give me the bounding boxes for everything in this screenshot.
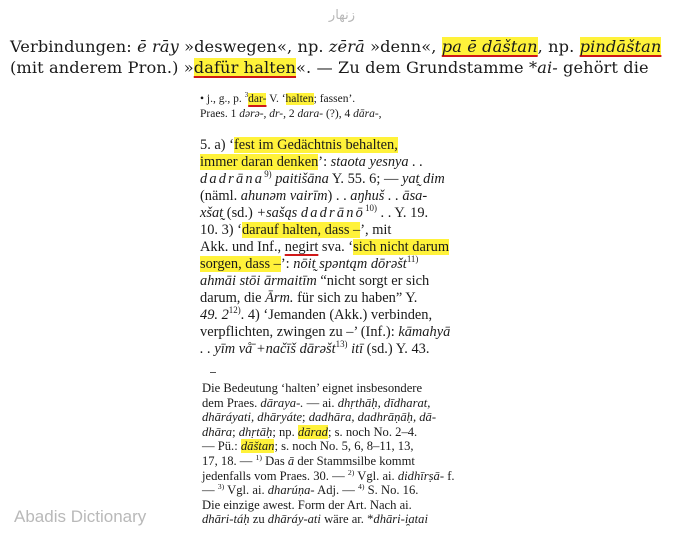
text: 10. 3) ‘ — [200, 222, 242, 238]
italic-text: 49. 2 — [200, 307, 229, 323]
text: ; np. — [272, 425, 298, 439]
watermark-logo: Abadis Dictionary — [14, 507, 146, 527]
italic-text: zērā — [329, 37, 365, 56]
meaning-line: ahmāi stōi ārmaitīm “nicht sorgt er sich — [200, 273, 477, 290]
text: , np. — [538, 37, 580, 56]
meaning-line: . . yīm vå̄ +načīš dārəšt13) itī (sd.) Y… — [200, 341, 477, 358]
underlined-term: negirt — [285, 239, 319, 255]
italic-text: dharúṇa- — [268, 483, 315, 497]
italic-text: xšat̰ — [200, 205, 223, 221]
text: ) . . — [328, 188, 351, 204]
note-line: 17, 18. — 1) Das ā der Stammsilbe kommt — [202, 454, 476, 469]
text: Adj. — — [315, 483, 358, 497]
text: für sich zu haben” Y. — [294, 290, 418, 306]
italic-text: dhāráy-ati — [268, 512, 321, 526]
text: ; s. noch No. 2–4. — [328, 425, 417, 439]
italic-text: . . yīm vå̄ +načīš dārəšt — [200, 341, 336, 357]
text: V. ‘ — [266, 93, 285, 105]
italic-text: nōit̰ spəntąm dōrəšt — [293, 256, 407, 272]
meaning-line: (näml. ahunəm vairīm) . . aŋhuš . . āsa- — [200, 188, 477, 205]
meaning-line: Akk. und Inf., negirt sva. ‘sich nicht d… — [200, 239, 477, 256]
meaning-line: 5. a) ‘fest im Gedächtnis behalten, — [200, 137, 477, 154]
highlighted-term: dar- — [248, 93, 266, 105]
text: (mit anderem Pron.) » — [10, 58, 194, 77]
italic-text: dhāra — [202, 425, 232, 439]
top-line-2: (mit anderem Pron.) »dafür halten«. — Zu… — [10, 57, 678, 78]
highlighted-term: halten — [286, 93, 314, 105]
highlighted-term: sorgen, dass – — [200, 256, 281, 272]
text: Vgl. ai. — [354, 469, 398, 483]
superscript: 10) — [365, 203, 377, 213]
text: Die einzige awest. Form der Art. Nach ai… — [202, 498, 412, 512]
italic-text: itī — [347, 341, 363, 357]
text: (sd.) — [223, 205, 256, 221]
italic-text: dhṛthāḥ, dīdharat, — [338, 396, 431, 410]
text: ’: — [318, 154, 330, 170]
italic-text: yat̰ dim — [402, 171, 445, 187]
italic-text: dhāri-i̯atai — [373, 512, 428, 526]
superscript: 11) — [407, 254, 419, 264]
highlighted-term: fest im Gedächtnis behalten, — [234, 137, 398, 153]
italic-text: ahmāi stōi ārmaitīm — [200, 273, 317, 289]
text: ’, mit — [360, 222, 391, 238]
text: ; — [302, 410, 309, 424]
text: Das — [262, 454, 288, 468]
entry-line-2: Praes. 1 dərə-, dr-, 2 dara- (?), 4 dāra… — [200, 107, 472, 122]
meaning-line: 49. 212). 4) ‘Jemanden (Akk.) verbinden, — [200, 307, 477, 324]
entry-line-1: • j., g., p. 3dar- V. ‘halten; fassen’. — [200, 92, 472, 107]
text: wäre ar. * — [321, 512, 373, 526]
note-line: Die einzige awest. Form der Art. Nach ai… — [202, 498, 476, 513]
highlighted-term: dafür halten — [194, 58, 296, 77]
italic-text: ē rāy — [137, 37, 179, 56]
top-line-1: Verbindungen: ē rāy »deswegen«, np. zērā… — [10, 36, 678, 57]
note-line: dhāri-táḥ zu dhāráy-ati wäre ar. *dhāri-… — [202, 512, 476, 527]
note-line: dhāráyati, dhāryáte; dadhāra, dadhrāṇāḥ,… — [202, 410, 476, 425]
text: ’: — [281, 256, 293, 272]
divider — [210, 372, 216, 373]
italic-text: ahunəm vairīm — [241, 188, 328, 204]
text: gehört die — [558, 58, 649, 77]
text: Verbindungen: — [10, 37, 137, 56]
italic-text: paitišāna — [272, 171, 329, 187]
italic-text: dhṛtāḥ — [239, 425, 273, 439]
highlighted-term: dāštan — [241, 439, 275, 453]
text: darum, die — [200, 290, 265, 306]
italic-text: staota yesnya . . — [331, 154, 423, 170]
text: »denn«, — [365, 37, 442, 56]
text: — ai. — [303, 396, 337, 410]
text: «. — Zu dem Grundstamme * — [296, 58, 537, 77]
text: 2 — [286, 108, 298, 120]
italic-text: dadrāna — [200, 171, 264, 187]
text: S. No. 16. — [365, 483, 419, 497]
text: »deswegen«, np. — [179, 37, 329, 56]
text: dem Praes. — [202, 396, 260, 410]
header-word: زنهار — [0, 8, 684, 23]
meaning-line: 10. 3) ‘darauf halten, dass –’, mit — [200, 222, 477, 239]
italic-text: dāra-, — [353, 108, 381, 120]
highlighted-term: immer daran denken — [200, 154, 318, 170]
text: der Stammsilbe kommt — [294, 454, 415, 468]
top-text-passage: Verbindungen: ē rāy »deswegen«, np. zērā… — [10, 36, 678, 78]
meaning-line: darum, die Ārm. für sich zu haben” Y. — [200, 290, 477, 307]
text: Die Bedeutung ‘halten’ eignet insbesonde… — [202, 381, 422, 395]
italic-text: dhāráyati, dhāryáte — [202, 410, 302, 424]
notes-block: Die Bedeutung ‘halten’ eignet insbesonde… — [202, 381, 476, 527]
note-line: — 3) Vgl. ai. dharúṇa- Adj. — 4) S. No. … — [202, 483, 476, 498]
meaning-line: xšat̰ (sd.) +sašąs dadrānō10) . . Y. 19. — [200, 205, 477, 222]
text: Praes. 1 — [200, 108, 239, 120]
italic-text: dərə-, dr-, — [239, 108, 286, 120]
italic-text: kāmahyā — [398, 324, 450, 340]
italic-text: dāraya-. — [260, 396, 303, 410]
text: Akk. und Inf., — [200, 239, 285, 255]
text: verpflichten, zwingen zu –’ (Inf.): — [200, 324, 398, 340]
entry-header-block: • j., g., p. 3dar- V. ‘halten; fassen’. … — [200, 92, 472, 122]
meaning-line: sorgen, dass –’: nōit̰ spəntąm dōrəšt11) — [200, 256, 477, 273]
text: Vgl. ai. — [224, 483, 268, 497]
italic-text: dhāri-táḥ — [202, 512, 250, 526]
text: (näml. — [200, 188, 241, 204]
note-line: dhāra; dhṛtāḥ; np. dārad; s. noch No. 2–… — [202, 425, 476, 440]
italic-text: Ārm. — [265, 290, 293, 306]
text: zu — [250, 512, 268, 526]
meaning-line: dadrāna9) paitišāna Y. 55. 6; — yat̰ dim — [200, 171, 477, 188]
text: f. — [444, 469, 455, 483]
highlighted-term: pindāštan — [580, 37, 662, 56]
italic-text: dadrānō — [301, 205, 365, 221]
text: ; s. noch No. 5, 6, 8–11, 13, — [274, 439, 413, 453]
text: “nicht sorgt er sich — [317, 273, 429, 289]
text: — — [202, 483, 218, 497]
text: 5. a) ‘ — [200, 137, 234, 153]
note-line: Die Bedeutung ‘halten’ eignet insbesonde… — [202, 381, 476, 396]
text: sva. ‘ — [318, 239, 353, 255]
text: Y. 55. 6; — — [329, 171, 402, 187]
superscript: 12) — [229, 305, 241, 315]
meanings-block: 5. a) ‘fest im Gedächtnis behalten, imme… — [200, 137, 477, 358]
text: (sd.) Y. 43. — [363, 341, 429, 357]
note-line: dem Praes. dāraya-. — ai. dhṛthāḥ, dīdha… — [202, 396, 476, 411]
italic-text: aŋhuš . . āsa- — [350, 188, 427, 204]
italic-text: dara- — [298, 108, 324, 120]
text: 17, 18. — — [202, 454, 256, 468]
note-line: — Pü.: dāštan; s. noch No. 5, 6, 8–11, 1… — [202, 439, 476, 454]
superscript: 13) — [336, 339, 348, 349]
text: . . Y. 19. — [377, 205, 428, 221]
text: — Pü.: — [202, 439, 241, 453]
text: ; fassen’. — [314, 93, 356, 105]
note-line: jedenfalls vom Praes. 30. — 2) Vgl. ai. … — [202, 469, 476, 484]
highlighted-term: darauf halten, dass – — [242, 222, 360, 238]
superscript: 9) — [264, 169, 271, 179]
italic-text: +sašąs — [256, 205, 301, 221]
text: . 4) ‘Jemanden (Akk.) verbinden, — [241, 307, 432, 323]
highlighted-term: dārad — [298, 425, 328, 439]
text: jedenfalls vom Praes. 30. — — [202, 469, 348, 483]
text: • j., g., p. — [200, 93, 245, 105]
text: ; — [232, 425, 239, 439]
meaning-line: immer daran denken’: staota yesnya . . — [200, 154, 477, 171]
italic-text: didhīrṣā- — [398, 469, 444, 483]
highlighted-term: pa ē dāštan — [442, 37, 538, 56]
italic-text: ai- — [537, 58, 558, 77]
highlighted-term: sich nicht darum — [353, 239, 449, 255]
italic-text: dadhāra, dadhrāṇāḥ, dā- — [309, 410, 436, 424]
text: (?), 4 — [323, 108, 353, 120]
